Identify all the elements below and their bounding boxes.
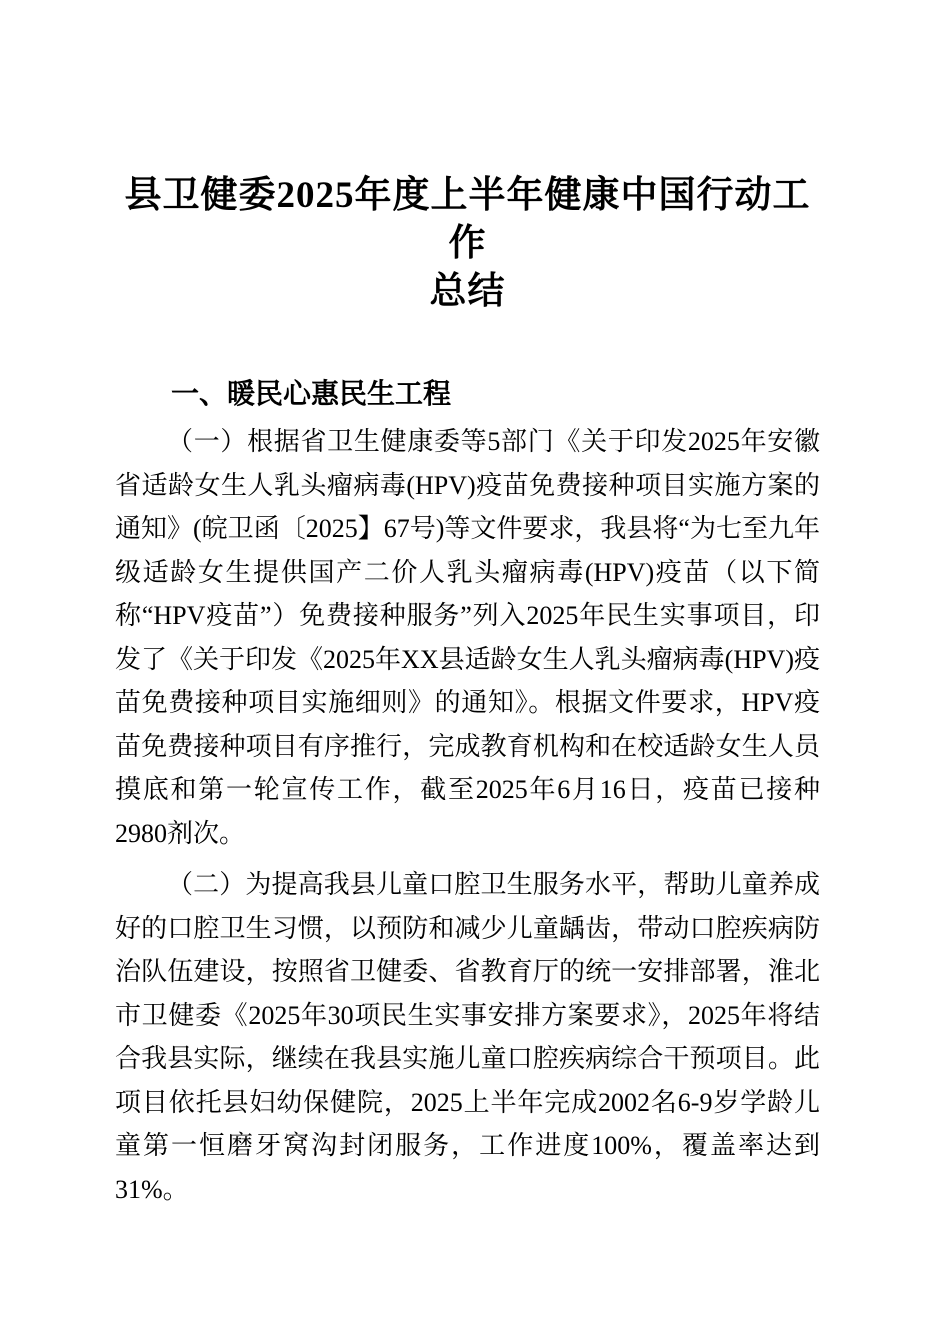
document-title-line-2: 总结 (115, 268, 820, 316)
paragraph-1: （一）根据省卫生健康委等5部门《关于印发2025年安徽省适龄女生人乳头瘤病毒(H… (115, 420, 820, 855)
document-page: 县卫健委2025年度上半年健康中国行动工作 总结 一、暖民心惠民生工程 （一）根… (0, 0, 950, 1344)
paragraph-2: （二）为提高我县儿童口腔卫生服务水平，帮助儿童养成好的口腔卫生习惯，以预防和减少… (115, 863, 820, 1211)
document-title: 县卫健委2025年度上半年健康中国行动工作 总结 (115, 172, 820, 316)
document-title-line-1: 县卫健委2025年度上半年健康中国行动工作 (115, 172, 820, 268)
section-heading: 一、暖民心惠民生工程 (115, 376, 820, 412)
